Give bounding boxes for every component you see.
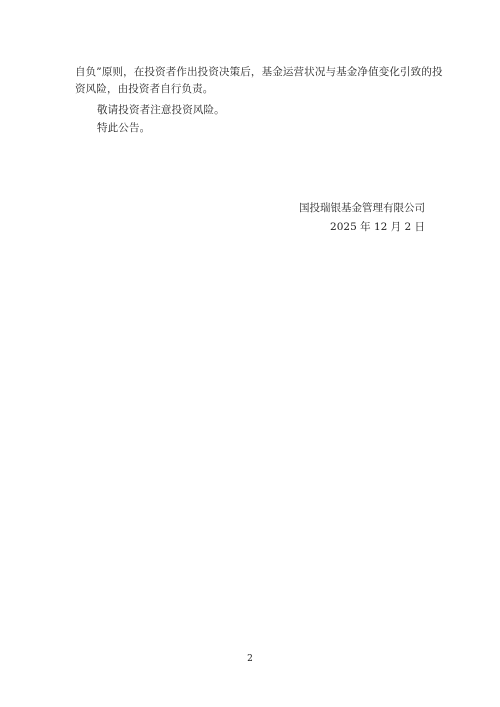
signature-date: 2025 年 12 月 2 日 [330,220,425,234]
body-text-line: 资风险，由投资者自行负责。 [75,82,213,96]
signature-company: 国投瑞银基金管理有限公司 [299,201,425,215]
body-text-line: 自负”原则，在投资者作出投资决策后，基金运营状况与基金净值变化引致的投 [75,65,443,79]
risk-warning-paragraph: 敬请投资者注意投资风险。 [97,103,225,117]
page-number: 2 [0,654,500,664]
document-page: 自负”原则，在投资者作出投资决策后，基金运营状况与基金净值变化引致的投 资风险，… [0,0,500,707]
announcement-closing: 特此公告。 [97,121,150,135]
